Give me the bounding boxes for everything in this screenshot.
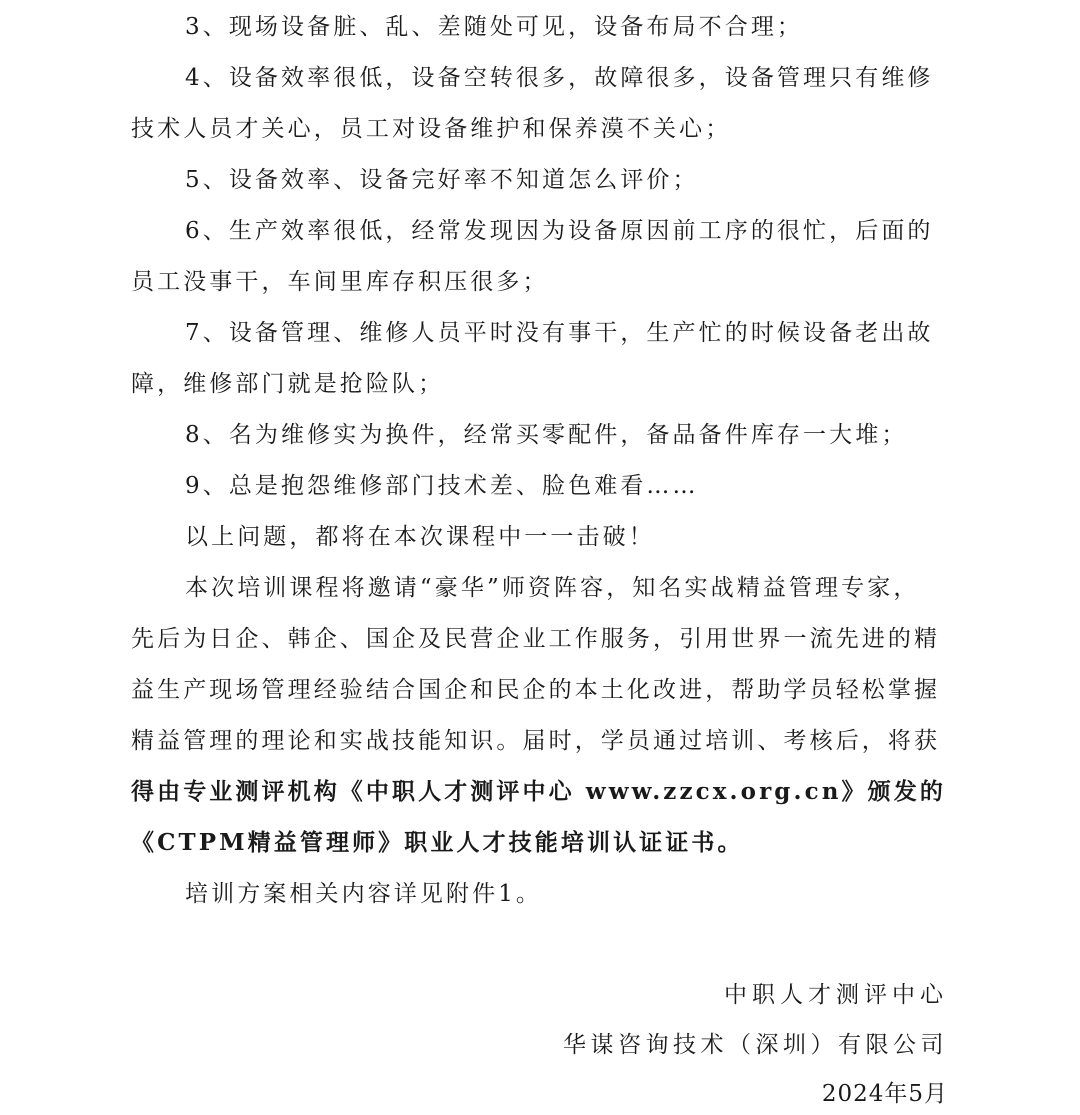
course-intro-paragraph-line-1: 本次培训课程将邀请“豪华”师资阵容，知名实战精益管理专家， — [185, 573, 919, 603]
list-item-5: 5、设备效率、设备完好率不知道怎么评价； — [185, 165, 699, 195]
list-item-7: 7、设备管理、维修人员平时没有事干，生产忙的时候设备老出故 — [185, 318, 934, 348]
list-item-3: 3、现场设备脏、乱、差随处可见，设备布局不合理； — [185, 12, 803, 42]
signature-org-1: 中职人才测评中心 — [724, 980, 948, 1010]
signature-org-2: 华谋咨询技术（深圳）有限公司 — [563, 1030, 948, 1060]
list-item-6: 6、生产效率很低，经常发现因为设备原因前工序的很忙，后面的 — [185, 216, 934, 246]
course-intro-paragraph-line-3: 益生产现场管理经验结合国企和民企的本土化改进，帮助学员轻松掌握 — [131, 675, 940, 705]
list-item-4: 4、设备效率很低，设备空转很多，故障很多，设备管理只有维修 — [185, 63, 934, 93]
course-intro-paragraph-line-2: 先后为日企、韩企、国企及民营企业工作服务，引用世界一流先进的精 — [131, 624, 940, 654]
certification-line-2: 《CTPM精益管理师》职业人才技能培训认证证书。 — [131, 828, 744, 858]
list-item-8: 8、名为维修实为换件，经常买零配件，备品备件库存一大堆； — [185, 420, 907, 450]
list-item-4-continued: 技术人员才关心，员工对设备维护和保养漠不关心； — [131, 114, 731, 144]
list-item-7-continued: 障，维修部门就是抢险队； — [131, 369, 444, 399]
certification-line-1: 得由专业测评机构《中职人才测评中心 www.zzcx.org.cn》颁发的 — [131, 777, 946, 807]
summary-paragraph: 以上问题，都将在本次课程中一一击破！ — [185, 522, 655, 552]
course-intro-paragraph-line-4: 精益管理的理论和实战技能知识。届时，学员通过培训、考核后，将获 — [131, 726, 940, 756]
list-item-6-continued: 员工没事干，车间里库存积压很多； — [131, 267, 549, 297]
attachment-note: 培训方案相关内容详见附件1。 — [185, 879, 542, 909]
list-item-9: 9、总是抱怨维修部门技术差、脸色难看…… — [185, 471, 699, 501]
signature-date: 2024年5月 — [822, 1079, 948, 1109]
